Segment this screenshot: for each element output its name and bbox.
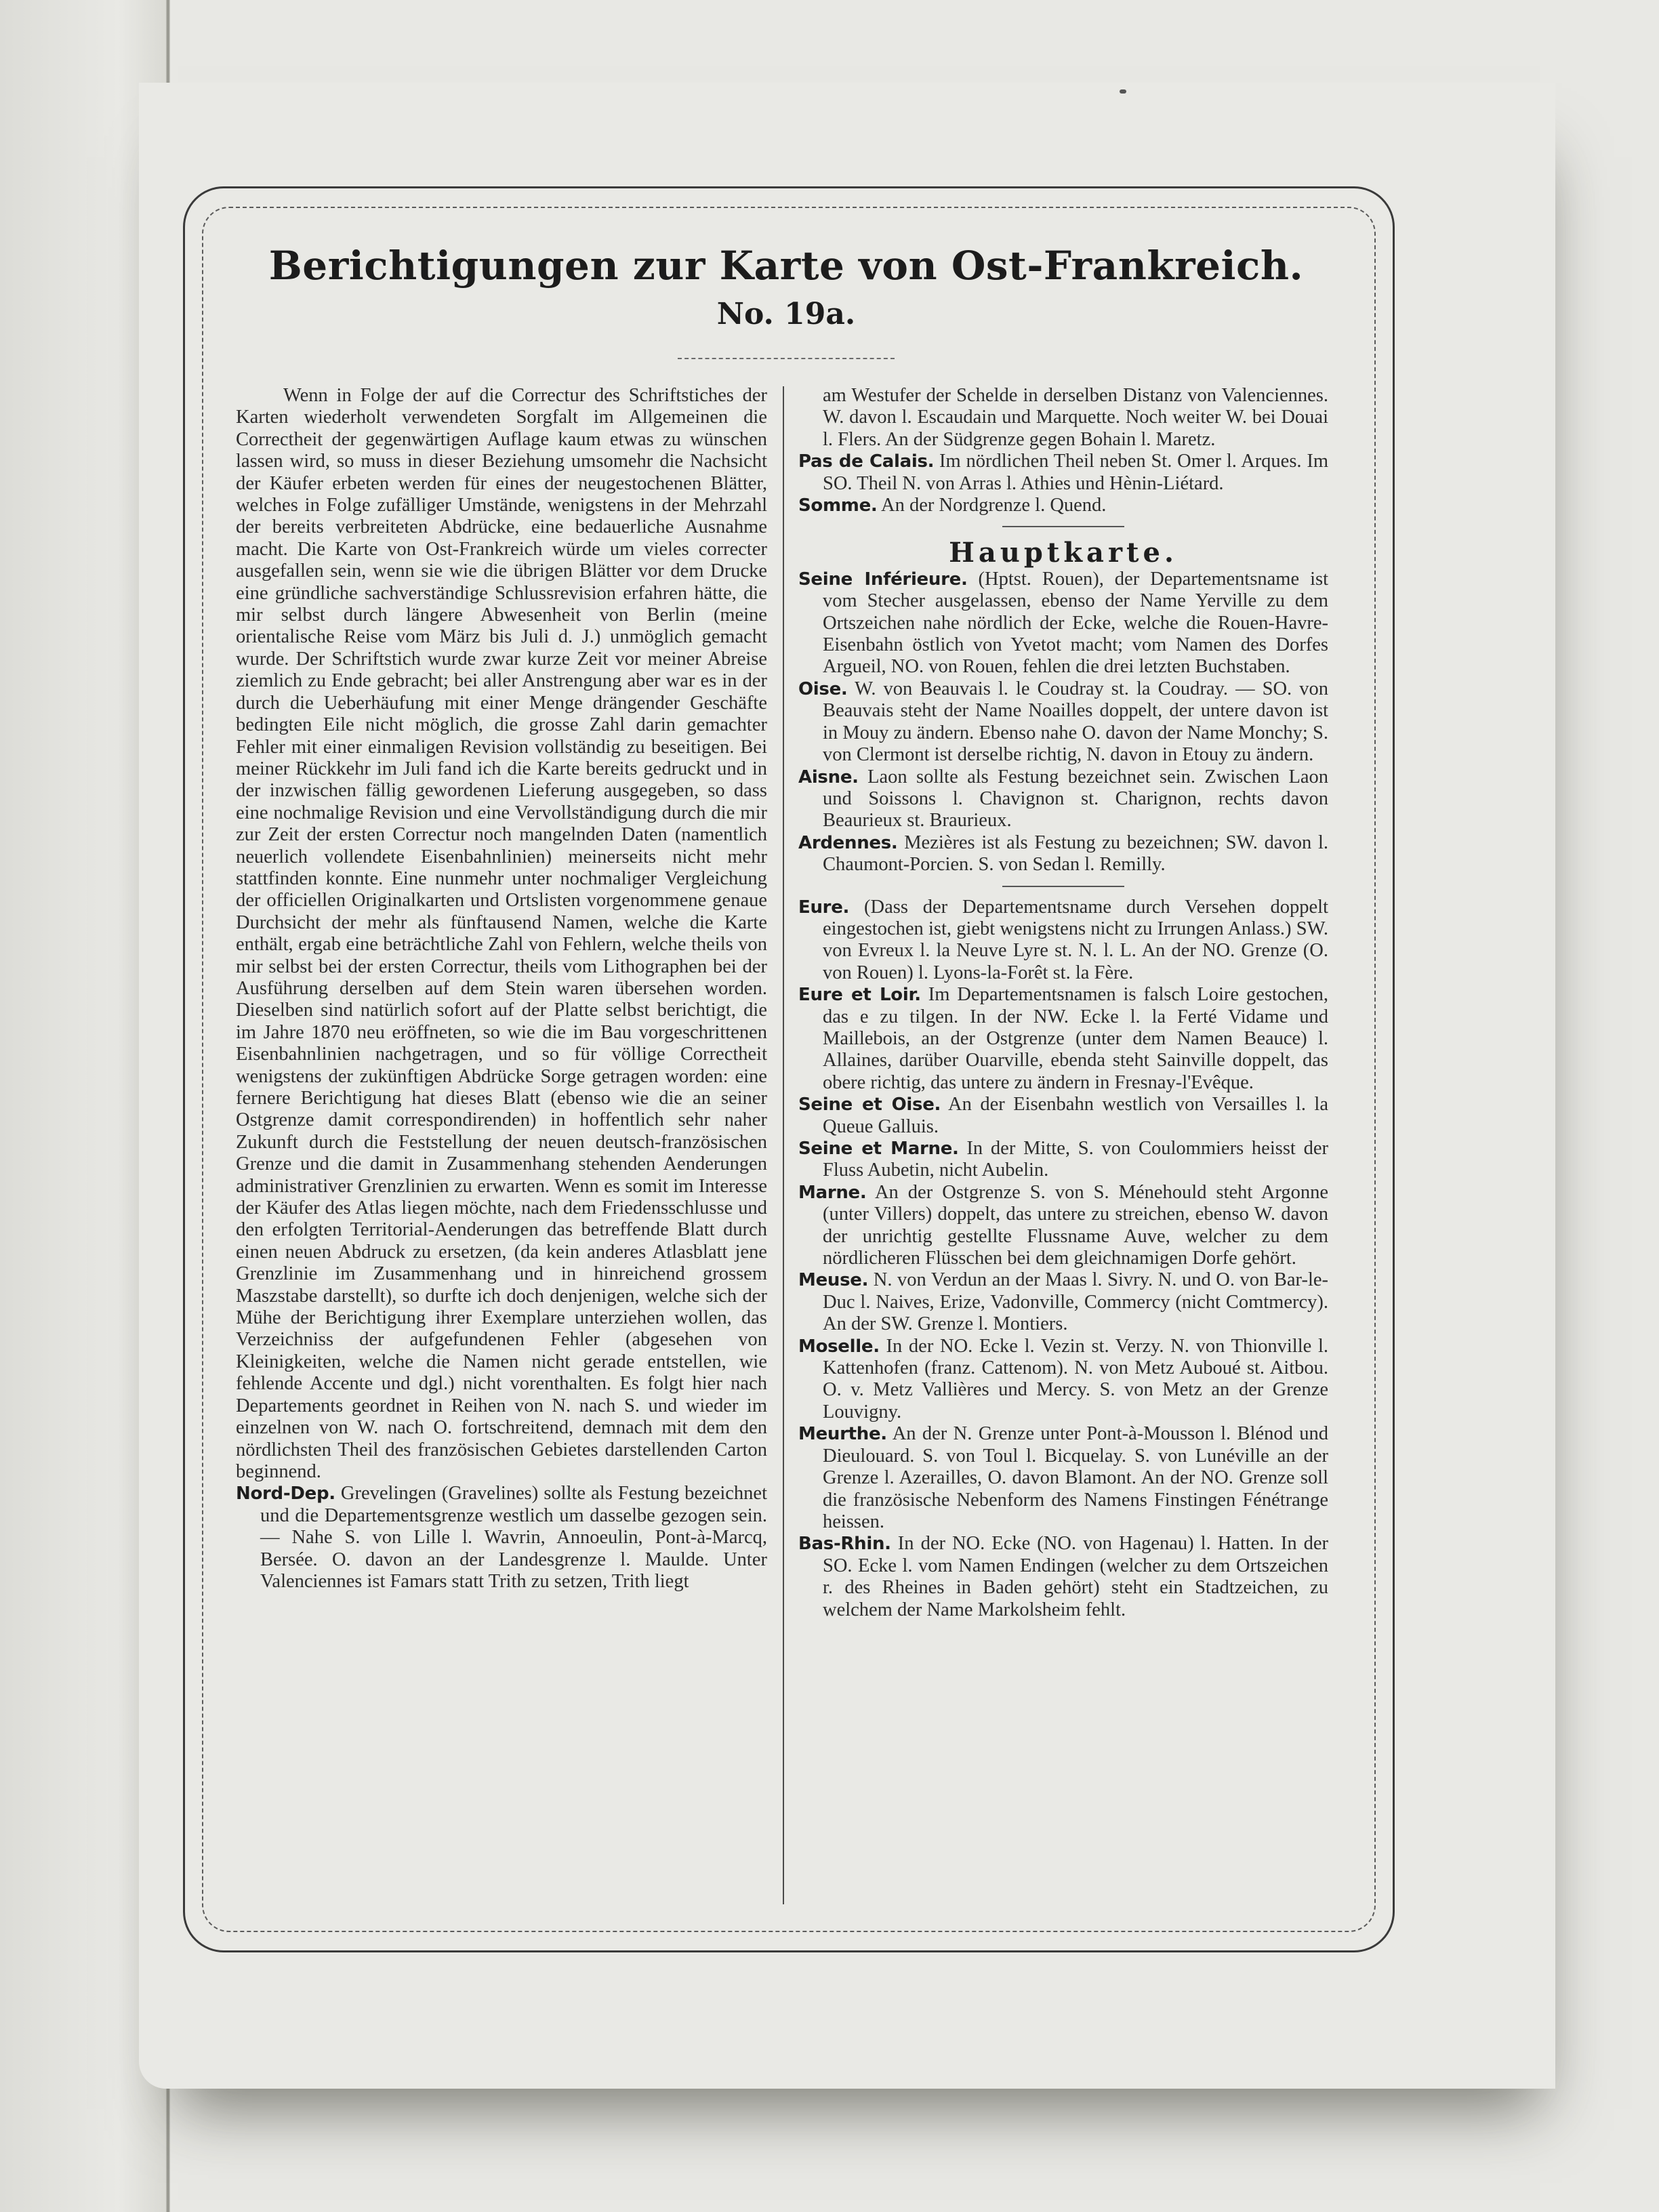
page-title: Berichtigungen zur Karte von Ost-Frankre… [203, 243, 1369, 289]
correction-text: Laon sollte als Festung bezeichnet sein.… [823, 766, 1328, 832]
department-name: Ardennes. [798, 833, 898, 853]
correction-text: In der NO. Ecke l. Vezin st. Verzy. N. v… [823, 1336, 1328, 1422]
department-name: Pas de Calais. [798, 451, 934, 472]
correction-entry: Bas-Rhin. In der NO. Ecke (NO. von Hagen… [798, 1533, 1328, 1621]
correction-text: An der Ostgrenze S. von S. Ménehould ste… [823, 1182, 1328, 1269]
correction-text: An der Nordgrenze l. Quend. [881, 495, 1106, 516]
ink-speck [1120, 89, 1126, 94]
right-column: am Westufer der Schelde in derselben Dis… [798, 385, 1328, 1621]
correction-entry: Pas de Calais. Im nördlichen Theil neben… [798, 451, 1328, 495]
correction-entry: Seine Inférieure. (Hptst. Rouen), der De… [798, 569, 1328, 678]
department-name: Eure. [798, 897, 849, 918]
correction-entry: Somme. An der Nordgrenze l. Quend. [798, 495, 1328, 516]
correction-entry: Oise. W. von Beauvais l. le Coudray st. … [798, 678, 1328, 766]
correction-entry: Moselle. In der NO. Ecke l. Vezin st. Ve… [798, 1336, 1328, 1424]
section-divider [1002, 526, 1124, 527]
department-name: Marne. [798, 1183, 866, 1203]
department-name: Meurthe. [798, 1424, 887, 1444]
department-name: Somme. [798, 495, 877, 516]
department-name: Seine et Oise. [798, 1094, 941, 1115]
title-divider [678, 358, 895, 359]
department-name: Moselle. [798, 1336, 880, 1357]
correction-entry: Aisne. Laon sollte als Festung bezeichne… [798, 766, 1328, 832]
correction-entry: Meuse. N. von Verdun an der Maas l. Sivr… [798, 1269, 1328, 1335]
correction-entry: Eure. (Dass der Departementsname durch V… [798, 897, 1328, 985]
department-name: Bas-Rhin. [798, 1534, 891, 1554]
correction-entry: Seine et Marne. In der Mitte, S. von Cou… [798, 1138, 1328, 1182]
column-divider [783, 386, 784, 1904]
department-name: Meuse. [798, 1270, 868, 1290]
correction-entry: Marne. An der Ostgrenze S. von S. Méneho… [798, 1182, 1328, 1270]
correction-text: N. von Verdun an der Maas l. Sivry. N. u… [823, 1269, 1328, 1334]
section-divider [1002, 886, 1124, 887]
section-heading: Hauptkarte. [798, 542, 1328, 564]
correction-entry: Eure et Loir. Im Departementsnamen is fa… [798, 984, 1328, 1094]
intro-paragraph: Wenn in Folge der auf die Correctur des … [236, 385, 767, 1483]
department-name: Seine Inférieure. [798, 569, 968, 590]
continued-text: am Westufer der Schelde in derselben Dis… [798, 385, 1328, 451]
sheet-number: No. 19a. [203, 297, 1369, 331]
correction-text: W. von Beauvais l. le Coudray st. la Cou… [823, 678, 1328, 765]
correction-entry: Meurthe. An der N. Grenze unter Pont-à-M… [798, 1423, 1328, 1533]
department-name: Eure et Loir. [798, 985, 921, 1005]
left-column: Wenn in Folge der auf die Correctur des … [236, 385, 767, 1593]
department-name: Oise. [798, 679, 848, 699]
correction-text: (Dass der Departementsname durch Versehe… [823, 897, 1328, 983]
department-name: Nord-Dep. [236, 1483, 335, 1504]
correction-text: In der NO. Ecke (NO. von Hagenau) l. Hat… [823, 1533, 1328, 1620]
correction-entry: Ardennes. Mezières ist als Festung zu be… [798, 832, 1328, 876]
correction-text: An der N. Grenze unter Pont-à-Mousson l.… [823, 1423, 1328, 1532]
department-name: Seine et Marne. [798, 1139, 959, 1159]
correction-entry: Seine et Oise. An der Eisenbahn westlich… [798, 1094, 1328, 1138]
correction-text: Grevelingen (Gravelines) sollte als Fest… [260, 1483, 767, 1592]
correction-entry: Nord-Dep. Grevelingen (Gravelines) sollt… [236, 1483, 767, 1593]
department-name: Aisne. [798, 767, 859, 787]
correction-text: Mezières ist als Festung zu bezeichnen; … [823, 832, 1328, 875]
